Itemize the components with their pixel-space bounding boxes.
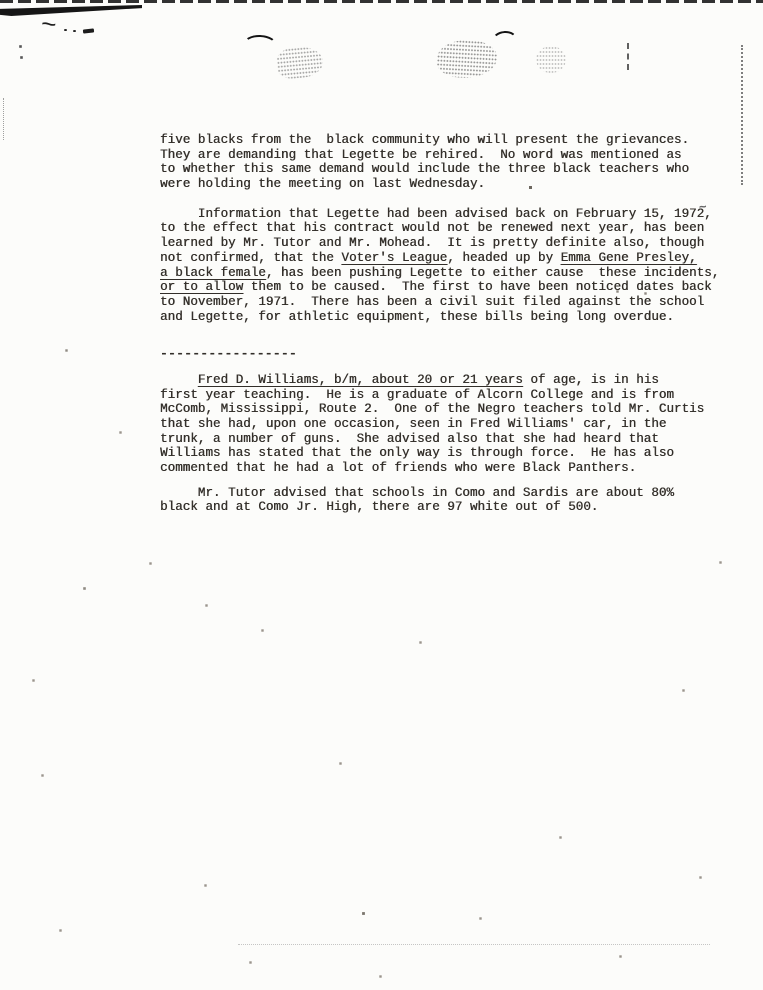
arc-smudge [491,30,518,51]
text-segment: first year teaching. He is a graduate of… [160,388,674,402]
text-line: to the effect that his contract would no… [160,221,750,236]
text-line: They are demanding that Legette be rehir… [160,148,750,163]
text-line: not confirmed, that the Voter's League, … [160,251,750,266]
text-segment [160,373,198,387]
text-segment: black and at Como Jr. High, there are 97… [160,500,598,514]
text-segment: learned by Mr. Tutor and Mr. Mohead. It … [160,236,704,250]
separator-line: ----------------- [160,347,750,362]
text-line: Fred D. Williams, b/m, about 20 or 21 ye… [160,373,750,388]
ink-smudge [436,38,498,79]
text-line: to November, 1971. There has been a civi… [160,295,750,310]
document-page: ~ ~ five blacks from the black community… [0,0,763,990]
pen-mark-dot [64,29,67,31]
paragraph: Information that Legette had been advise… [160,207,750,325]
pen-mark-dot [73,30,76,32]
text-segment: Information that Legette had been advise… [160,207,712,221]
text-segment: five blacks from the black community who… [160,133,689,147]
document-text: five blacks from the black community who… [160,133,750,515]
text-line: Information that Legette had been advise… [160,207,750,222]
paragraph: five blacks from the black community who… [160,133,750,192]
text-segment: not confirmed, that the [160,251,341,265]
text-segment: Mr. Tutor advised that schools in Como a… [160,486,674,500]
text-line: a black female, has been pushing Legette… [160,266,750,281]
text-line: trunk, a number of guns. She advised als… [160,432,750,447]
ink-smudge [536,46,566,73]
text-segment: them to be caused. The first to have bee… [243,280,712,294]
text-segment: of age, is in his [523,373,659,387]
underlined-text-segment: Voter's League [341,251,447,265]
scan-dotted-line-bottom [238,944,710,945]
text-segment: , headed up by [447,251,560,265]
text-line: Williams has stated that the only way is… [160,446,750,461]
pen-mark-dash [83,28,94,33]
text-line: Mr. Tutor advised that schools in Como a… [160,486,750,501]
underlined-text-segment: Emma Gene Presley, [561,251,697,265]
text-line: learned by Mr. Tutor and Mr. Mohead. It … [160,236,750,251]
text-segment: Williams has stated that the only way is… [160,446,674,460]
scan-mark-vertical [627,43,629,70]
text-segment: , has been pushing Legette to either cau… [266,266,719,280]
text-line: that she had, upon one occasion, seen in… [160,417,750,432]
scan-edge-smudge [0,5,142,16]
ink-smudge [276,45,325,80]
text-line: McComb, Mississippi, Route 2. One of the… [160,402,750,417]
text-line: to whether this same demand would includ… [160,162,750,177]
text-line: five blacks from the black community who… [160,133,750,148]
text-segment: were holding the meeting on last Wednesd… [160,177,485,191]
paper-noise [0,0,1,1]
text-segment: commented that he had a lot of friends w… [160,461,636,475]
paragraph: Mr. Tutor advised that schools in Como a… [160,486,750,515]
scan-edge-line [0,0,763,3]
paragraph: Fred D. Williams, b/m, about 20 or 21 ye… [160,373,750,476]
text-segment: that she had, upon one occasion, seen in… [160,417,666,431]
underlined-text-segment: a black female [160,266,266,280]
text-line: first year teaching. He is a graduate of… [160,388,750,403]
text-segment: They are demanding that Legette be rehir… [160,148,681,162]
text-line: black and at Como Jr. High, there are 97… [160,500,750,515]
text-line: or to allow them to be caused. The first… [160,280,750,295]
underlined-text-segment: Fred D. Williams, b/m, about 20 or 21 ye… [198,373,523,387]
text-segment: McComb, Mississippi, Route 2. One of the… [160,402,704,416]
text-segment: to the effect that his contract would no… [160,221,704,235]
text-segment: to November, 1971. There has been a civi… [160,295,704,309]
underlined-text-segment: or to allow [160,280,243,294]
arc-smudge [243,34,278,55]
text-segment: to whether this same demand would includ… [160,162,689,176]
text-segment: trunk, a number of guns. She advised als… [160,432,659,446]
text-line: were holding the meeting on last Wednesd… [160,177,750,192]
text-line: and Legette, for athletic equipment, the… [160,310,750,325]
text-segment: and Legette, for athletic equipment, the… [160,310,674,324]
scan-dotted-line-left [3,98,4,140]
text-line: commented that he had a lot of friends w… [160,461,750,476]
pen-mark-tilde-icon: ~ [40,16,57,36]
